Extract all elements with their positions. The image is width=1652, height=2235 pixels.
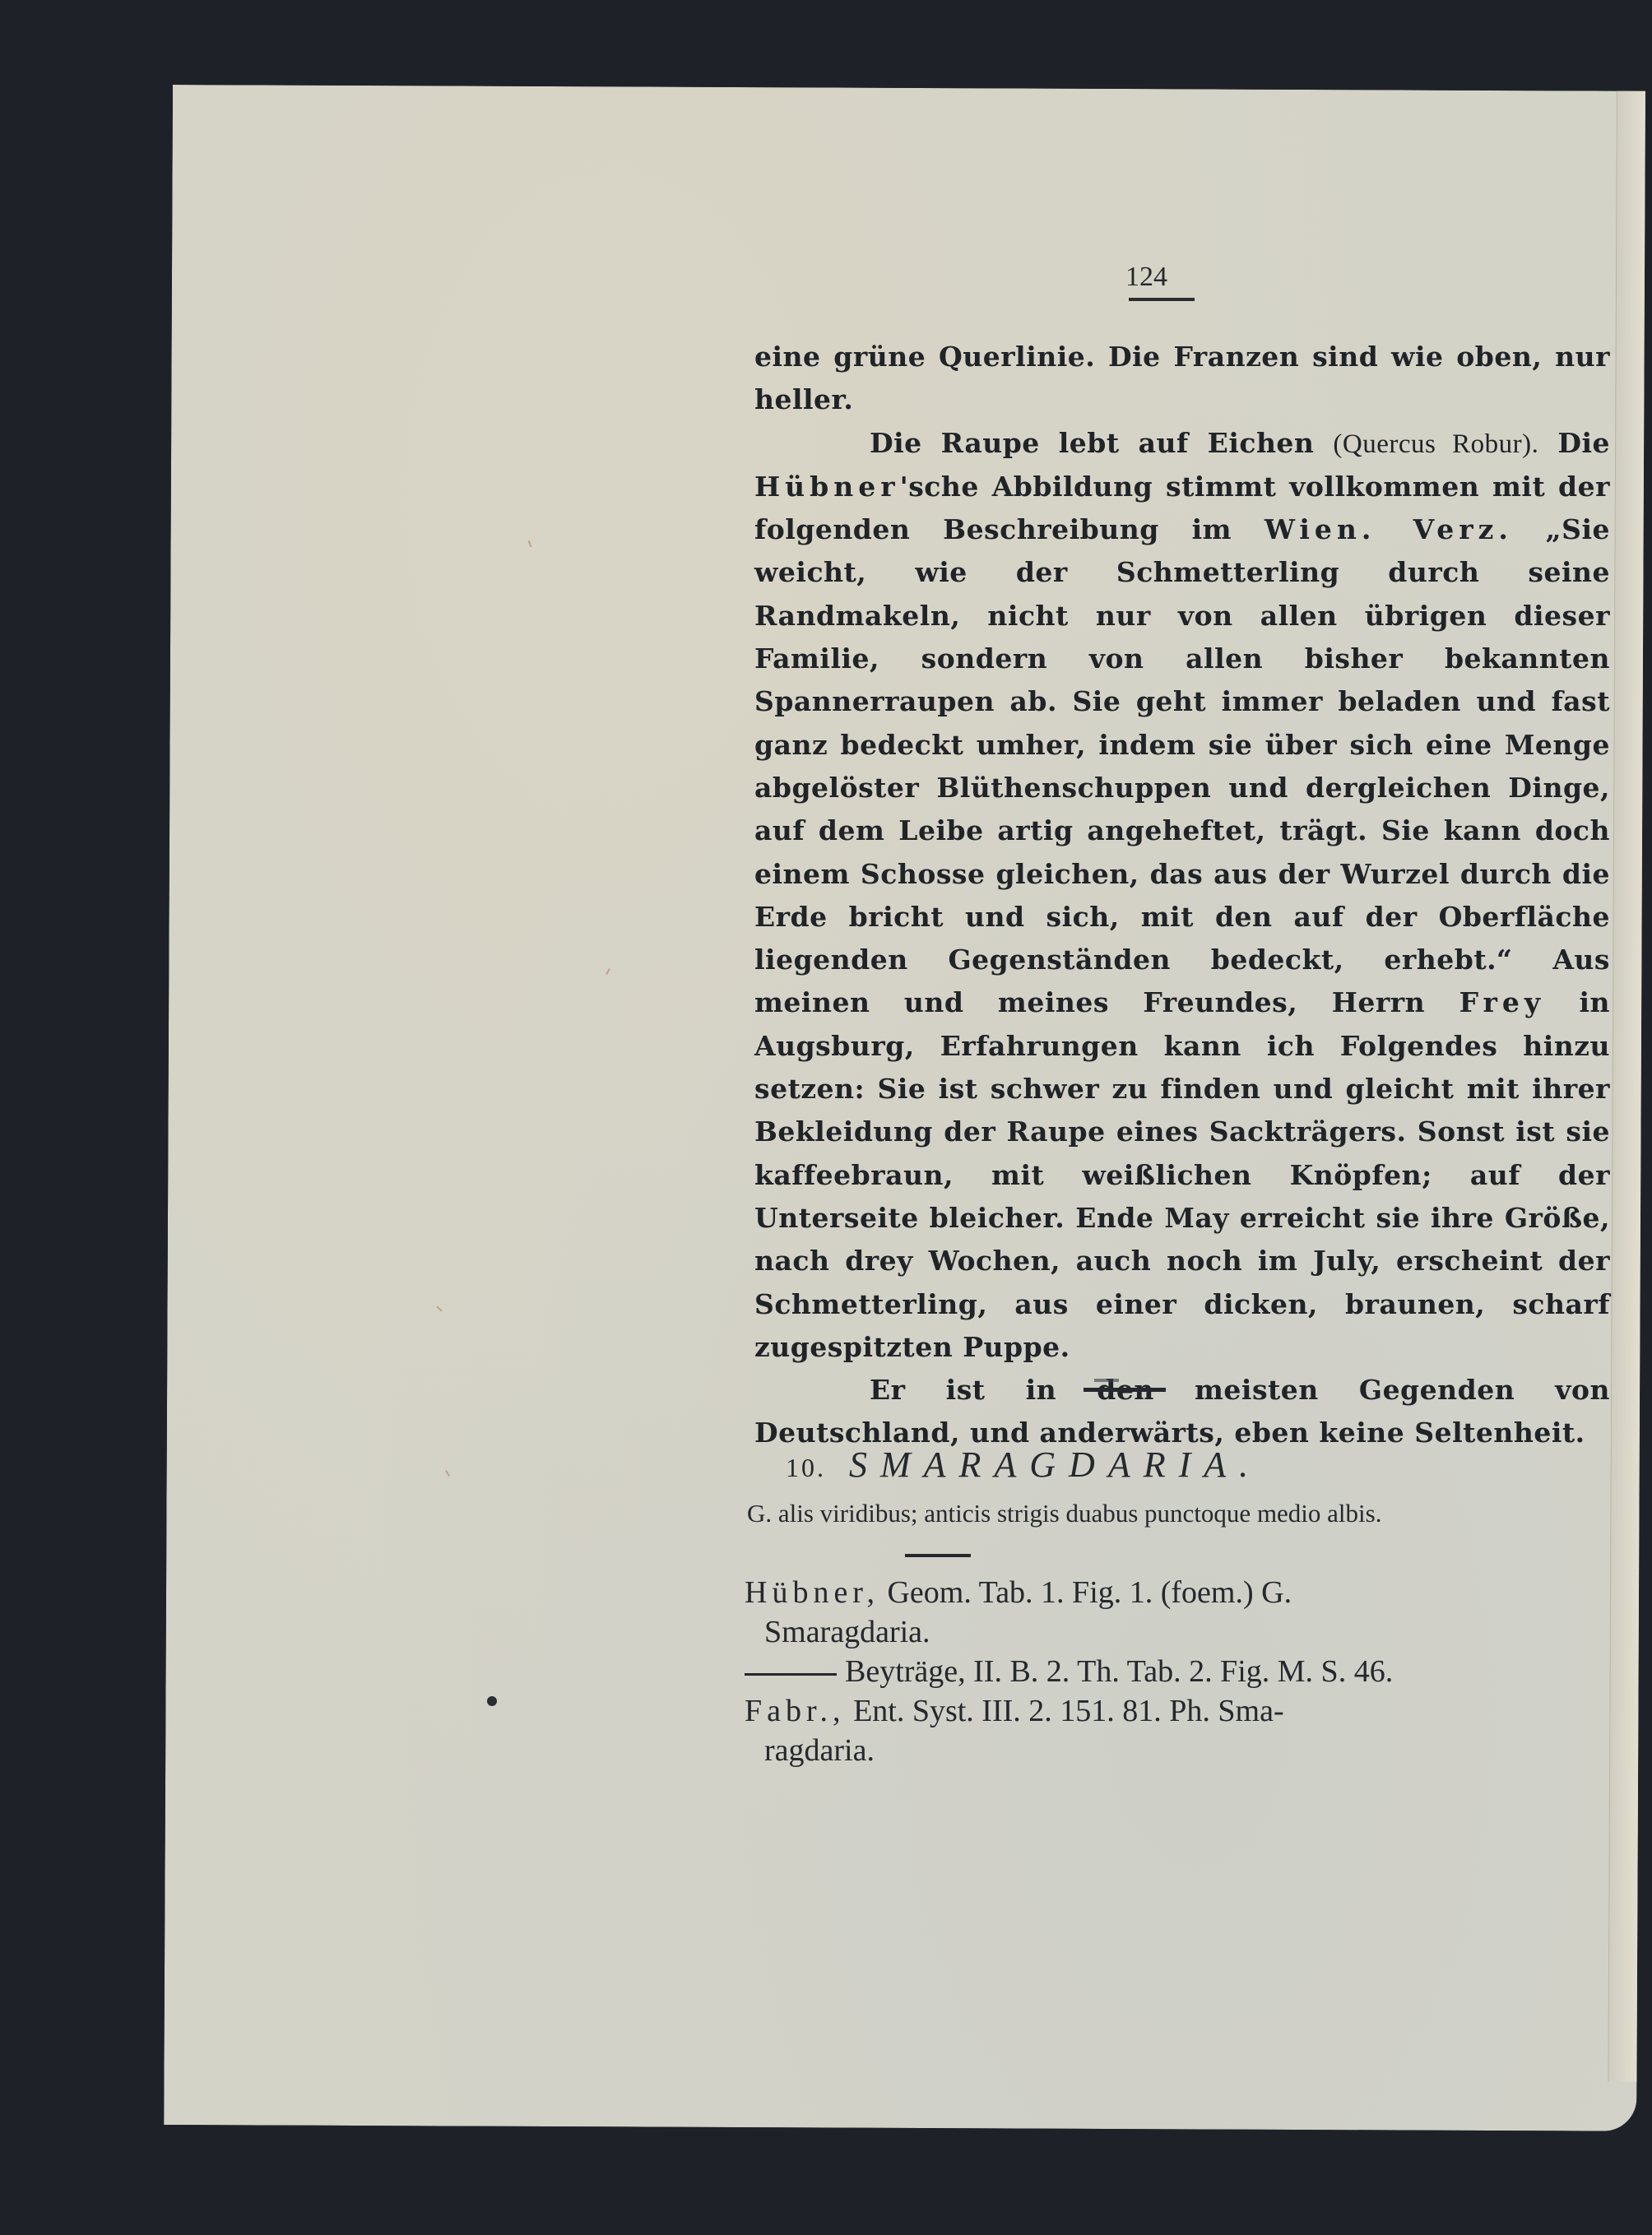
species-name: SMARAGDARIA. [849,1444,1261,1485]
diagnosis-divider [905,1554,971,1557]
latin-plant-name: (Quercus Robur). [1333,429,1538,459]
reference-item: Hübner, Geom. Tab. 1. Fig. 1. (foem.) G.… [745,1573,1608,1652]
paragraph-1: eine grüne Querlinie. Die Franzen sind w… [754,336,1610,422]
reference-text: Beyträge, II. B. 2. Th. Tab. 2. Fig. M. … [845,1654,1393,1689]
reference-text: Geom. Tab. 1. Fig. 1. (foem.) G. [879,1575,1292,1610]
ornament-mark [1094,1379,1119,1382]
reference-continuation: Smaragdaria. [745,1612,1608,1652]
reference-continuation: ragdaria. [745,1731,1608,1770]
citation-wien-verz: Wien. Verz. [1265,513,1513,545]
body-text: eine grüne Querlinie. Die Franzen sind w… [754,336,1610,1455]
species-heading: 10.SMARAGDARIA. [786,1444,1526,1486]
header-rule [1129,298,1195,301]
reference-author: Fabr., [745,1694,846,1728]
text-segment: in Augsburg, Erfahrungen kann ich Folgen… [754,986,1610,1362]
page-gutter-edge [1608,91,1645,2082]
reference-text: Ent. Syst. III. 2. 151. 81. Ph. Sma- [846,1694,1284,1728]
species-number: 10. [786,1453,826,1482]
text-segment: Die [1538,427,1610,459]
paragraph-3: Er ist in den meisten Gegenden von Deuts… [754,1369,1610,1455]
page-number: 124 [1125,262,1167,293]
paper-blemish [487,1696,497,1706]
paragraph-2: Die Raupe lebt auf Eichen (Quercus Robur… [754,422,1610,1370]
text-segment: „Sie weicht, wie der Schmetterling durch… [754,513,1610,1018]
text-segment: Die Raupe lebt auf Eichen [870,427,1333,459]
reference-item: Beyträge, II. B. 2. Th. Tab. 2. Fig. M. … [745,1652,1608,1691]
species-diagnosis: G. alis viridibus; anticis strigis duabu… [747,1499,1611,1528]
person-name-frey: Frey [1459,986,1545,1018]
author-name-hubner: Hübner [754,471,900,503]
reference-item: Fabr., Ent. Syst. III. 2. 151. 81. Ph. S… [745,1691,1608,1770]
section-divider [1084,1388,1166,1392]
ditto-dash [745,1673,837,1676]
reference-author: Hübner, [745,1575,879,1610]
references-list: Hübner, Geom. Tab. 1. Fig. 1. (foem.) G.… [745,1573,1608,1770]
